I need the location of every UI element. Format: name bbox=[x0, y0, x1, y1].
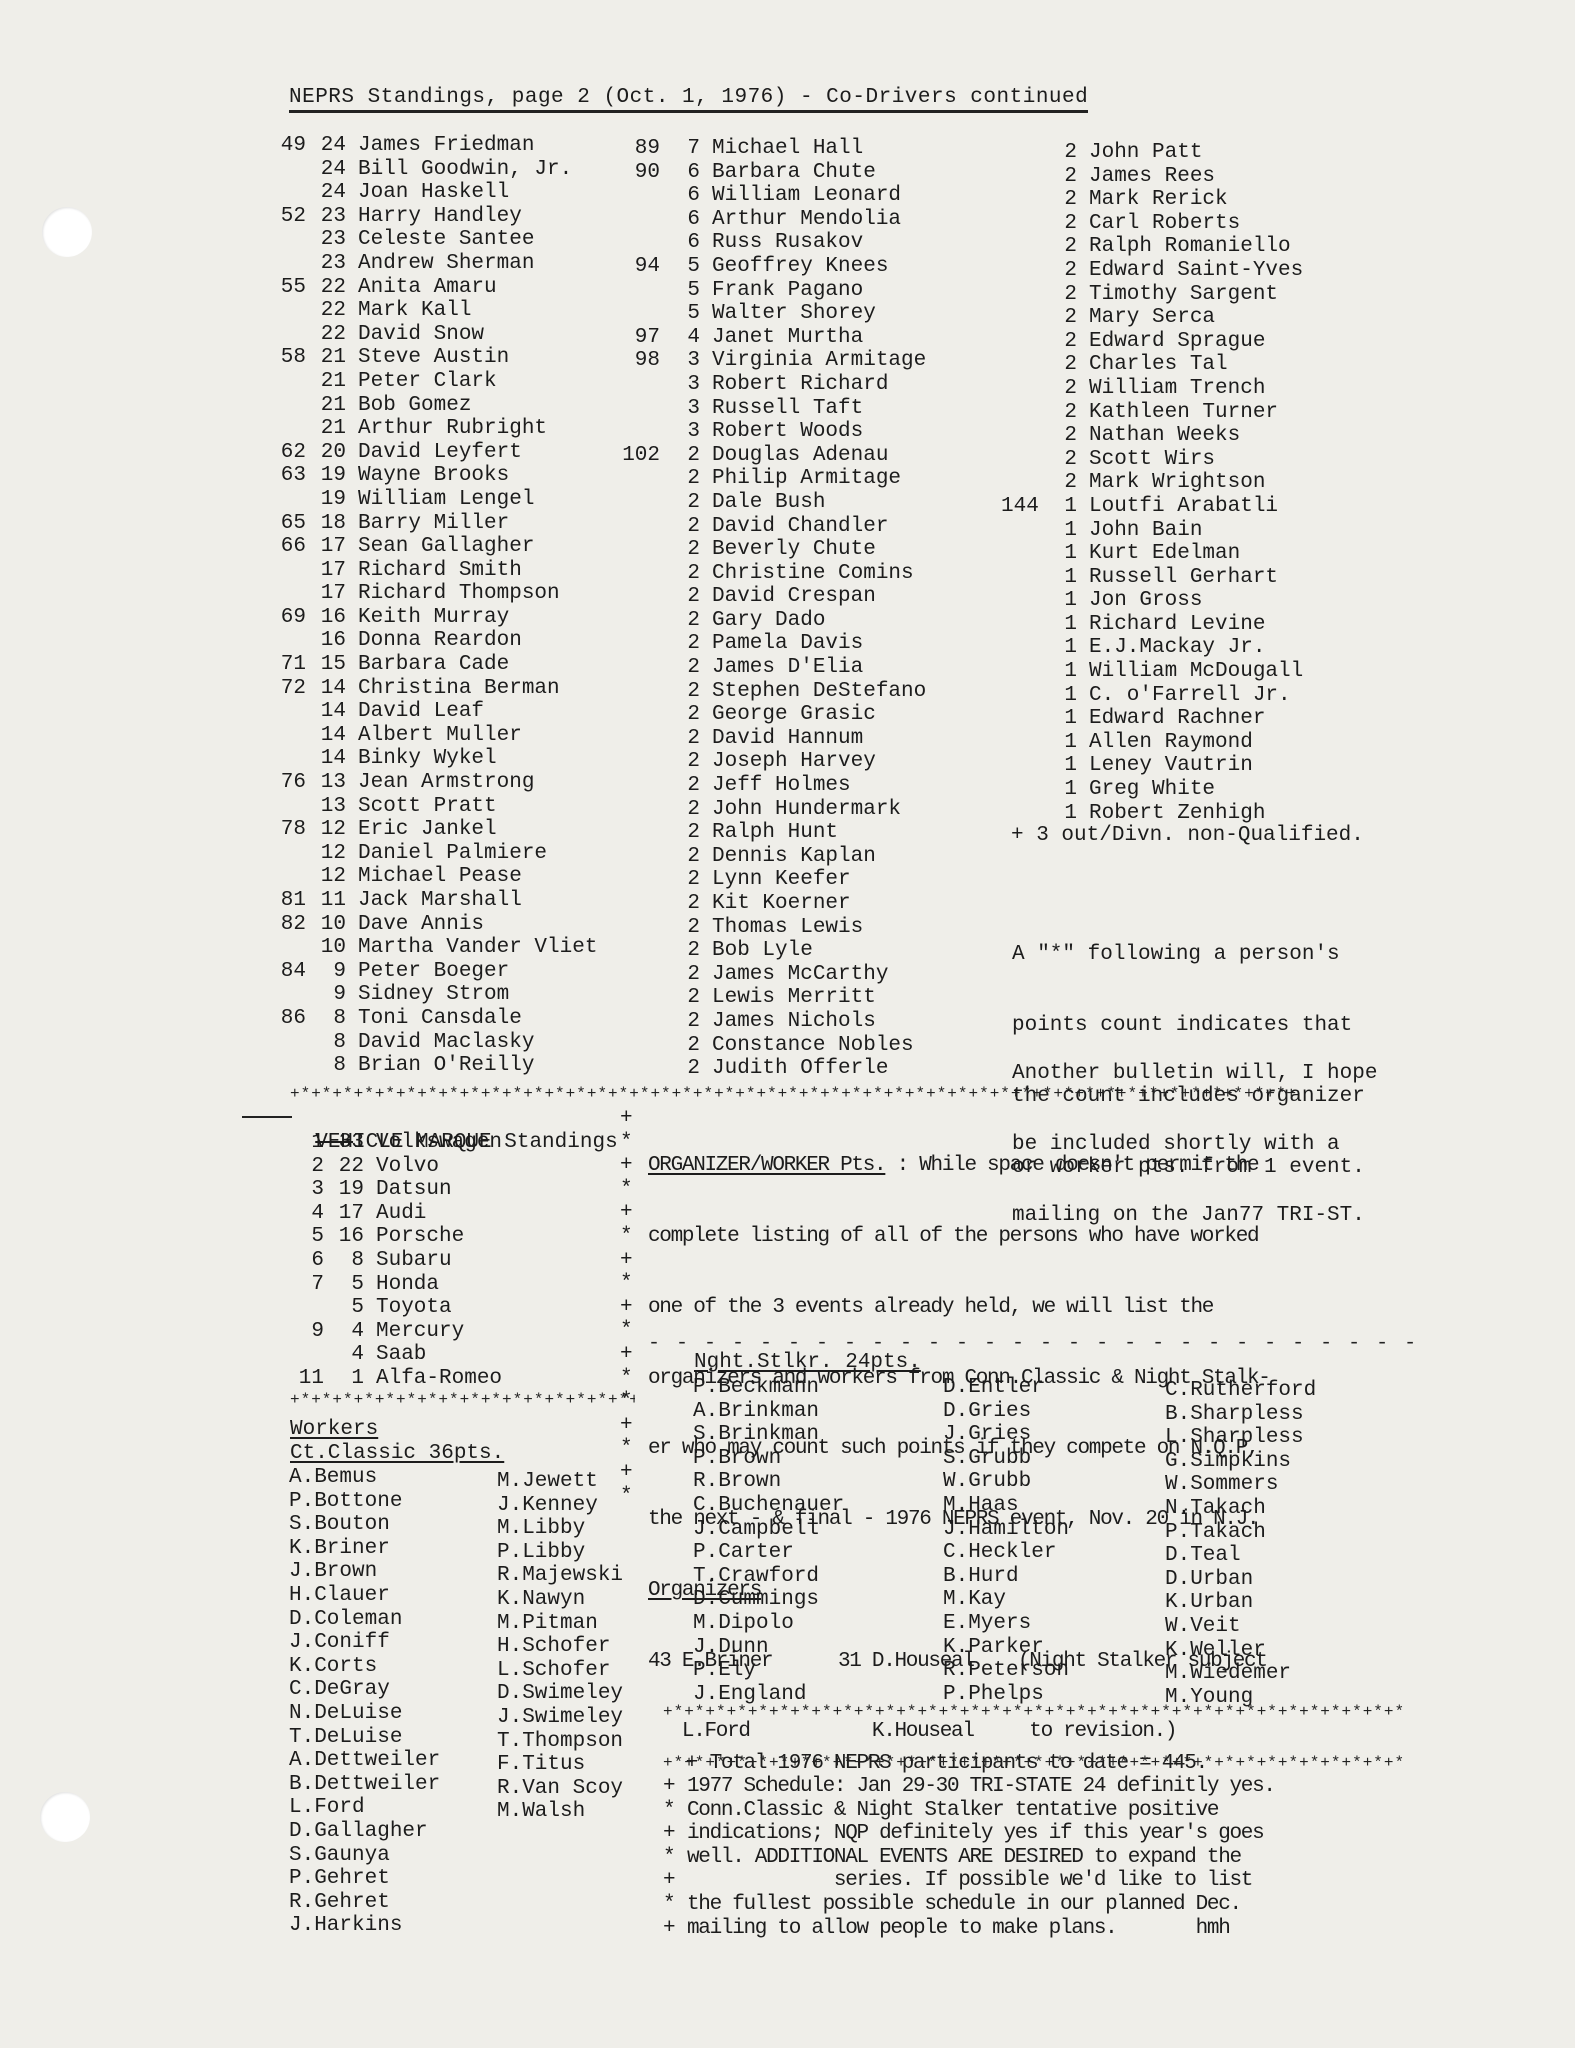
schedule-text: well. ADDITIONAL EVENTS ARE DESIRED to e… bbox=[687, 1846, 1241, 1870]
marque-row: 319Datsun bbox=[292, 1178, 502, 1202]
rank bbox=[272, 228, 306, 252]
points: 23 bbox=[318, 205, 346, 229]
driver-name: Daniel Palmiere bbox=[358, 842, 547, 866]
points: 8 bbox=[336, 1249, 364, 1273]
worker-name: K.Nawyn bbox=[497, 1588, 623, 1612]
worker-name: N.DeLuise bbox=[289, 1702, 440, 1726]
rank: 69 bbox=[272, 606, 306, 630]
standing-row: 21Arthur Rubright bbox=[272, 417, 597, 441]
points: 2 bbox=[672, 515, 700, 539]
standing-row: 1C. o'Farrell Jr. bbox=[1001, 684, 1303, 708]
standing-row: 5821Steve Austin bbox=[272, 346, 597, 370]
driver-name: Gary Dado bbox=[712, 609, 825, 633]
standing-row: 8Brian O'Reilly bbox=[272, 1054, 597, 1078]
rank bbox=[1001, 636, 1037, 660]
rank bbox=[272, 158, 306, 182]
standing-row: 9Sidney Strom bbox=[272, 983, 597, 1007]
ct-classic-heading-text: Ct.Classic 36pts. bbox=[290, 1442, 504, 1465]
separator-marker: + bbox=[620, 1154, 633, 1178]
rank bbox=[1001, 566, 1037, 590]
organizer-worker-heading: ORGANIZER/WORKER Pts. bbox=[648, 1154, 885, 1177]
schedule-text: series. If possible we'd like to list bbox=[687, 1869, 1252, 1893]
schedule-text: mailing to allow people to make plans. h… bbox=[687, 1917, 1230, 1941]
driver-name: Charles Tal bbox=[1089, 353, 1228, 377]
standing-row: 2Philip Armitage bbox=[620, 467, 926, 491]
rank bbox=[1001, 731, 1037, 755]
driver-name: Jean Armstrong bbox=[358, 771, 534, 795]
worker-name: M.Dipolo bbox=[693, 1612, 844, 1636]
standing-row: 21Peter Clark bbox=[272, 370, 597, 394]
driver-name: Steve Austin bbox=[358, 346, 509, 370]
points: 2 bbox=[1049, 141, 1077, 165]
driver-name: Barbara Cade bbox=[358, 653, 509, 677]
rank: 97 bbox=[620, 326, 660, 350]
standing-row: 983Virginia Armitage bbox=[620, 349, 926, 373]
points: 3 bbox=[672, 349, 700, 373]
standing-row: 2James Rees bbox=[1001, 165, 1303, 189]
intro-line: complete listing of all of the persons w… bbox=[648, 1225, 1270, 1249]
points: 3 bbox=[672, 420, 700, 444]
worker-name: B.Sharpless bbox=[1165, 1403, 1316, 1427]
worker-name: E.Myers bbox=[943, 1612, 1069, 1636]
driver-name: Greg White bbox=[1089, 778, 1215, 802]
driver-name: Sean Gallagher bbox=[358, 535, 534, 559]
marque-row: 222Volvo bbox=[292, 1155, 502, 1179]
rank: 78 bbox=[272, 818, 306, 842]
standing-row: 6Arthur Mendolia bbox=[620, 208, 926, 232]
separator-marker: + bbox=[620, 1296, 633, 1320]
worker-name: S.Grubb bbox=[943, 1447, 1069, 1471]
marque-row: 68Subaru bbox=[292, 1249, 502, 1273]
line-marker: + bbox=[663, 1917, 687, 1941]
schedule-text: indications; NQP definitely yes if this … bbox=[687, 1822, 1263, 1846]
worker-name: S.Bouton bbox=[289, 1513, 440, 1537]
driver-name: Janet Murtha bbox=[712, 326, 863, 350]
rank bbox=[272, 181, 306, 205]
standing-row: 1Richard Levine bbox=[1001, 613, 1303, 637]
worker-name: G.Simpkins bbox=[1165, 1450, 1316, 1474]
worker-name: D.Teal bbox=[1165, 1544, 1316, 1568]
points: 5 bbox=[672, 279, 700, 303]
driver-name: Lewis Merritt bbox=[712, 986, 876, 1010]
standing-row: 14David Leaf bbox=[272, 700, 597, 724]
points: 2 bbox=[672, 798, 700, 822]
worker-name: R.Majewski bbox=[497, 1564, 623, 1588]
rank bbox=[272, 700, 306, 724]
rank: 81 bbox=[272, 889, 306, 913]
ct-classic-workers-column-1: A.BemusP.BottoneS.BoutonK.BrinerJ.BrownH… bbox=[289, 1466, 440, 1938]
driver-name: William Leonard bbox=[712, 184, 901, 208]
standing-row: 1Robert Zenhigh bbox=[1001, 802, 1303, 826]
separator-marker: * bbox=[620, 1390, 633, 1414]
standing-row: 1E.J.Mackay Jr. bbox=[1001, 636, 1303, 660]
points: 14 bbox=[318, 700, 346, 724]
rank bbox=[620, 538, 660, 562]
points: 22 bbox=[318, 276, 346, 300]
marque-row: 111Alfa-Romeo bbox=[292, 1367, 502, 1391]
rank bbox=[1001, 707, 1037, 731]
points: 14 bbox=[318, 747, 346, 771]
standing-row: 7812Eric Jankel bbox=[272, 818, 597, 842]
points: 1 bbox=[1049, 802, 1077, 826]
worker-name: M.Walsh bbox=[497, 1800, 623, 1824]
line-marker: * bbox=[663, 1846, 687, 1870]
worker-name: P.Carter bbox=[693, 1541, 844, 1565]
driver-name: James Friedman bbox=[358, 134, 534, 158]
night-stalker-workers-column-3: C.RutherfordB.SharplessL.SharplessG.Simp… bbox=[1165, 1379, 1316, 1709]
worker-name: J.Kenney bbox=[497, 1494, 623, 1518]
marque-name: Porsche bbox=[376, 1225, 464, 1249]
standing-row: 2David Crespan bbox=[620, 585, 926, 609]
points: 9 bbox=[318, 960, 346, 984]
driver-name: Russell Gerhart bbox=[1089, 566, 1278, 590]
driver-name: Nathan Weeks bbox=[1089, 424, 1240, 448]
points: 2 bbox=[672, 774, 700, 798]
standing-row: 4924James Friedman bbox=[272, 134, 597, 158]
rank bbox=[620, 1057, 660, 1081]
rank bbox=[1001, 684, 1037, 708]
rank bbox=[620, 798, 660, 822]
standing-row: 2Pamela Davis bbox=[620, 632, 926, 656]
points: 17 bbox=[318, 559, 346, 583]
ct-classic-heading: Ct.Classic 36pts. bbox=[290, 1442, 504, 1466]
points: 23 bbox=[318, 228, 346, 252]
points: 13 bbox=[318, 771, 346, 795]
standing-row: 2Stephen DeStefano bbox=[620, 680, 926, 704]
rank: 7 bbox=[292, 1273, 324, 1297]
line-marker: + bbox=[663, 1869, 687, 1893]
driver-name: Barbara Chute bbox=[712, 161, 876, 185]
rank bbox=[620, 774, 660, 798]
worker-name: P.Ely bbox=[693, 1659, 844, 1683]
points: 19 bbox=[318, 464, 346, 488]
points: 6 bbox=[672, 184, 700, 208]
points: 2 bbox=[672, 444, 700, 468]
standing-row: 1022Douglas Adenau bbox=[620, 444, 926, 468]
standing-row: 1Leney Vautrin bbox=[1001, 754, 1303, 778]
marque-name: Volvo bbox=[376, 1155, 439, 1179]
worker-name: J.Swimeley bbox=[497, 1706, 623, 1730]
rank: 71 bbox=[272, 653, 306, 677]
points: 2 bbox=[1049, 165, 1077, 189]
points: 2 bbox=[672, 632, 700, 656]
points: 2 bbox=[1049, 330, 1077, 354]
points: 2 bbox=[1049, 377, 1077, 401]
marque-name: Alfa-Romeo bbox=[376, 1367, 502, 1391]
points: 2 bbox=[672, 538, 700, 562]
worker-name: P.Beckmann bbox=[693, 1376, 844, 1400]
worker-name: A.Dettweiler bbox=[289, 1749, 440, 1773]
driver-name: Leney Vautrin bbox=[1089, 754, 1253, 778]
night-stalker-heading: Nght.Stlkr. 24pts. bbox=[694, 1351, 921, 1375]
star-divider: +*+*+*+*+*+*+*+*+*+*+*+*+*+*+*+*+*+*+*+*… bbox=[290, 1085, 1400, 1103]
rank bbox=[292, 1343, 324, 1367]
points: 2 bbox=[672, 1057, 700, 1081]
marque-name: Mercury bbox=[376, 1320, 464, 1344]
points: 2 bbox=[672, 680, 700, 704]
points: 17 bbox=[318, 582, 346, 606]
rank: 3 bbox=[292, 1178, 324, 1202]
standing-row: 6916Keith Murray bbox=[272, 606, 597, 630]
rank: 86 bbox=[272, 1007, 306, 1031]
margin-pen-stroke bbox=[242, 1116, 292, 1118]
points: 1 bbox=[1049, 660, 1077, 684]
points: 2 bbox=[1049, 259, 1077, 283]
points: 2 bbox=[672, 656, 700, 680]
driver-name: Celeste Santee bbox=[358, 228, 534, 252]
worker-name: J.Dunn bbox=[693, 1636, 844, 1660]
driver-name: Loutfi Arabatli bbox=[1089, 495, 1278, 519]
worker-name: T.DeLuise bbox=[289, 1726, 440, 1750]
worker-name: J.Coniff bbox=[289, 1631, 440, 1655]
rank: 72 bbox=[272, 677, 306, 701]
worker-name: J.Campbell bbox=[693, 1518, 844, 1542]
rank bbox=[1001, 754, 1037, 778]
rank: 62 bbox=[272, 441, 306, 465]
totals-top-divider: +*+*+*+*+*+*+*+*+*+*+*+*+*+*+*+*+*+*+*+*… bbox=[663, 1703, 1403, 1721]
worker-name: A.Bemus bbox=[289, 1466, 440, 1490]
worker-name: M.Kay bbox=[943, 1588, 1069, 1612]
points: 2 bbox=[1049, 448, 1077, 472]
separator-marker: * bbox=[620, 1131, 633, 1155]
driver-name: Mark Wrightson bbox=[1089, 471, 1265, 495]
standing-row: 2Mary Serca bbox=[1001, 306, 1303, 330]
standing-row: 1441Loutfi Arabatli bbox=[1001, 495, 1303, 519]
worker-name: M.Wiedemer bbox=[1165, 1662, 1316, 1686]
points: 2 bbox=[1049, 424, 1077, 448]
rank bbox=[1001, 188, 1037, 212]
rank bbox=[620, 562, 660, 586]
worker-name: P.Takach bbox=[1165, 1521, 1316, 1545]
marque-name: Audi bbox=[376, 1202, 426, 1226]
driver-name: David Crespan bbox=[712, 585, 876, 609]
rank bbox=[620, 279, 660, 303]
points: 22 bbox=[318, 323, 346, 347]
separator-marker: + bbox=[620, 1414, 633, 1438]
points: 2 bbox=[1049, 235, 1077, 259]
standing-row: 2Lynn Keefer bbox=[620, 868, 926, 892]
points: 1 bbox=[1049, 707, 1077, 731]
driver-name: Judith Offerle bbox=[712, 1057, 888, 1081]
schedule-text: 1977 Schedule: Jan 29-30 TRI-STATE 24 de… bbox=[687, 1775, 1275, 1799]
worker-name: L.Schofer bbox=[497, 1659, 623, 1683]
standing-row: 6518Barry Miller bbox=[272, 512, 597, 536]
driver-name: Dave Annis bbox=[358, 913, 484, 937]
driver-name: Richard Levine bbox=[1089, 613, 1265, 637]
rank bbox=[620, 986, 660, 1010]
standing-row: 17Richard Thompson bbox=[272, 582, 597, 606]
points: 1 bbox=[1049, 495, 1077, 519]
standing-row: 19William Lengel bbox=[272, 488, 597, 512]
points: 33 bbox=[336, 1131, 364, 1155]
rank bbox=[620, 892, 660, 916]
standing-row: 2Dale Bush bbox=[620, 491, 926, 515]
rank bbox=[1001, 401, 1037, 425]
standing-row: 5Walter Shorey bbox=[620, 302, 926, 326]
standing-row: 2Nathan Weeks bbox=[1001, 424, 1303, 448]
standing-row: 2Edward Saint-Yves bbox=[1001, 259, 1303, 283]
standing-row: 24Joan Haskell bbox=[272, 181, 597, 205]
marque-name: Honda bbox=[376, 1273, 439, 1297]
rank bbox=[620, 632, 660, 656]
rank bbox=[1001, 471, 1037, 495]
rank bbox=[272, 983, 306, 1007]
points: 2 bbox=[1049, 401, 1077, 425]
rank: 49 bbox=[272, 134, 306, 158]
points: 23 bbox=[318, 252, 346, 276]
driver-name: Peter Clark bbox=[358, 370, 497, 394]
schedule-line: +mailing to allow people to make plans. … bbox=[663, 1917, 1275, 1941]
rank: 98 bbox=[620, 349, 660, 373]
standing-row: 2Carl Roberts bbox=[1001, 212, 1303, 236]
driver-name: Virginia Armitage bbox=[712, 349, 926, 373]
driver-name: Toni Cansdale bbox=[358, 1007, 522, 1031]
driver-name: David Snow bbox=[358, 323, 484, 347]
separator-marker: * bbox=[620, 1437, 633, 1461]
points: 2 bbox=[672, 1010, 700, 1034]
rank bbox=[1001, 306, 1037, 330]
driver-name: Ralph Romaniello bbox=[1089, 235, 1291, 259]
standing-row: 2Mark Rerick bbox=[1001, 188, 1303, 212]
points: 19 bbox=[318, 488, 346, 512]
standing-row: 2George Grasic bbox=[620, 703, 926, 727]
standing-row: 3Robert Richard bbox=[620, 373, 926, 397]
points: 2 bbox=[672, 868, 700, 892]
standing-row: 7613Jean Armstrong bbox=[272, 771, 597, 795]
points: 2 bbox=[1049, 283, 1077, 307]
points: 18 bbox=[318, 512, 346, 536]
rank bbox=[272, 370, 306, 394]
driver-name: Christine Comins bbox=[712, 562, 914, 586]
standing-row: 7115Barbara Cade bbox=[272, 653, 597, 677]
rank bbox=[272, 323, 306, 347]
points: 24 bbox=[318, 181, 346, 205]
driver-name: Joseph Harvey bbox=[712, 750, 876, 774]
points: 6 bbox=[672, 208, 700, 232]
driver-name: Richard Smith bbox=[358, 559, 522, 583]
worker-name: R.Brown bbox=[693, 1470, 844, 1494]
standing-row: 849Peter Boeger bbox=[272, 960, 597, 984]
rank: 1 bbox=[292, 1131, 324, 1155]
points: 15 bbox=[318, 653, 346, 677]
driver-name: Sidney Strom bbox=[358, 983, 509, 1007]
worker-name: M.Haas bbox=[943, 1494, 1069, 1518]
co-drivers-column-1: 4924James Friedman24Bill Goodwin, Jr.24J… bbox=[272, 134, 597, 1078]
points: 5 bbox=[336, 1296, 364, 1320]
points: 2 bbox=[672, 1034, 700, 1058]
driver-name: Dennis Kaplan bbox=[712, 845, 876, 869]
driver-name: Scott Pratt bbox=[358, 795, 497, 819]
marque-standings-list: 133Volkswagen222Volvo319Datsun417Audi516… bbox=[292, 1131, 502, 1391]
driver-name: Donna Reardon bbox=[358, 629, 522, 653]
rank bbox=[620, 231, 660, 255]
standing-row: 1John Bain bbox=[1001, 519, 1303, 543]
worker-name: D.Cummings bbox=[693, 1588, 844, 1612]
rank bbox=[620, 916, 660, 940]
standing-row: 1Greg White bbox=[1001, 778, 1303, 802]
standing-row: 22Mark Kall bbox=[272, 299, 597, 323]
points: 4 bbox=[672, 326, 700, 350]
points: 2 bbox=[672, 609, 700, 633]
worker-name: K.Parker bbox=[943, 1636, 1069, 1660]
standing-row: 8111Jack Marshall bbox=[272, 889, 597, 913]
rank bbox=[620, 467, 660, 491]
worker-name: K.Weller bbox=[1165, 1639, 1316, 1663]
worker-name: D.Gries bbox=[943, 1400, 1069, 1424]
points: 6 bbox=[672, 161, 700, 185]
driver-name: Peter Boeger bbox=[358, 960, 509, 984]
night-stalker-workers-column-2: D.EntlerD.GriesJ.GriesS.GrubbW.GrubbM.Ha… bbox=[943, 1376, 1069, 1706]
rank bbox=[620, 397, 660, 421]
driver-name: Kurt Edelman bbox=[1089, 542, 1240, 566]
standing-row: 14Binky Wykel bbox=[272, 747, 597, 771]
driver-name: C. o'Farrell Jr. bbox=[1089, 684, 1291, 708]
rank: 52 bbox=[272, 205, 306, 229]
points: 1 bbox=[1049, 731, 1077, 755]
rank bbox=[272, 1031, 306, 1055]
worker-name: M.Libby bbox=[497, 1517, 623, 1541]
worker-name: S.Brinkman bbox=[693, 1423, 844, 1447]
standing-row: 5223Harry Handley bbox=[272, 205, 597, 229]
points: 4 bbox=[336, 1320, 364, 1344]
rank: 2 bbox=[292, 1155, 324, 1179]
standing-row: 2Kit Koerner bbox=[620, 892, 926, 916]
standing-row: 2Beverly Chute bbox=[620, 538, 926, 562]
driver-name: Bob Gomez bbox=[358, 394, 471, 418]
worker-name: K.Briner bbox=[289, 1537, 440, 1561]
standing-row: 16Donna Reardon bbox=[272, 629, 597, 653]
driver-name: Constance Nobles bbox=[712, 1034, 914, 1058]
standing-row: 1Jon Gross bbox=[1001, 589, 1303, 613]
rank bbox=[272, 582, 306, 606]
standing-row: 2Edward Sprague bbox=[1001, 330, 1303, 354]
standing-row: 2Mark Wrightson bbox=[1001, 471, 1303, 495]
driver-name: Jack Marshall bbox=[358, 889, 522, 913]
worker-name: P.Brown bbox=[693, 1447, 844, 1471]
standing-row: 2Ralph Hunt bbox=[620, 821, 926, 845]
driver-name: David Leaf bbox=[358, 700, 484, 724]
schedule-line: *Conn.Classic & Night Stalker tentative … bbox=[663, 1799, 1275, 1823]
driver-name: Arthur Mendolia bbox=[712, 208, 901, 232]
worker-name: W.Sommers bbox=[1165, 1473, 1316, 1497]
bulletin-note-line: Another bulletin will, I hope bbox=[1012, 1062, 1377, 1086]
marque-row: 5Toyota bbox=[292, 1296, 502, 1320]
rank bbox=[620, 1034, 660, 1058]
rank bbox=[620, 868, 660, 892]
driver-name: Timothy Sargent bbox=[1089, 283, 1278, 307]
worker-name: D.Swimeley bbox=[497, 1682, 623, 1706]
rank bbox=[272, 559, 306, 583]
worker-name: P.Libby bbox=[497, 1541, 623, 1565]
marque-row: 133Volkswagen bbox=[292, 1131, 502, 1155]
driver-name: Michael Hall bbox=[712, 137, 863, 161]
standing-row: 2Jeff Holmes bbox=[620, 774, 926, 798]
rank: 11 bbox=[292, 1367, 324, 1391]
worker-name: A.Brinkman bbox=[693, 1400, 844, 1424]
driver-name: Albert Muller bbox=[358, 724, 522, 748]
separator-marker: * bbox=[620, 1225, 633, 1249]
worker-name: T.Thompson bbox=[497, 1730, 623, 1754]
rank bbox=[1001, 542, 1037, 566]
points: 14 bbox=[318, 724, 346, 748]
standing-row: 2Joseph Harvey bbox=[620, 750, 926, 774]
points: 2 bbox=[672, 750, 700, 774]
driver-name: Geoffrey Knees bbox=[712, 255, 888, 279]
rank bbox=[620, 656, 660, 680]
standing-row: 2John Patt bbox=[1001, 141, 1303, 165]
separator-marker: + bbox=[620, 1201, 633, 1225]
rank bbox=[1001, 353, 1037, 377]
